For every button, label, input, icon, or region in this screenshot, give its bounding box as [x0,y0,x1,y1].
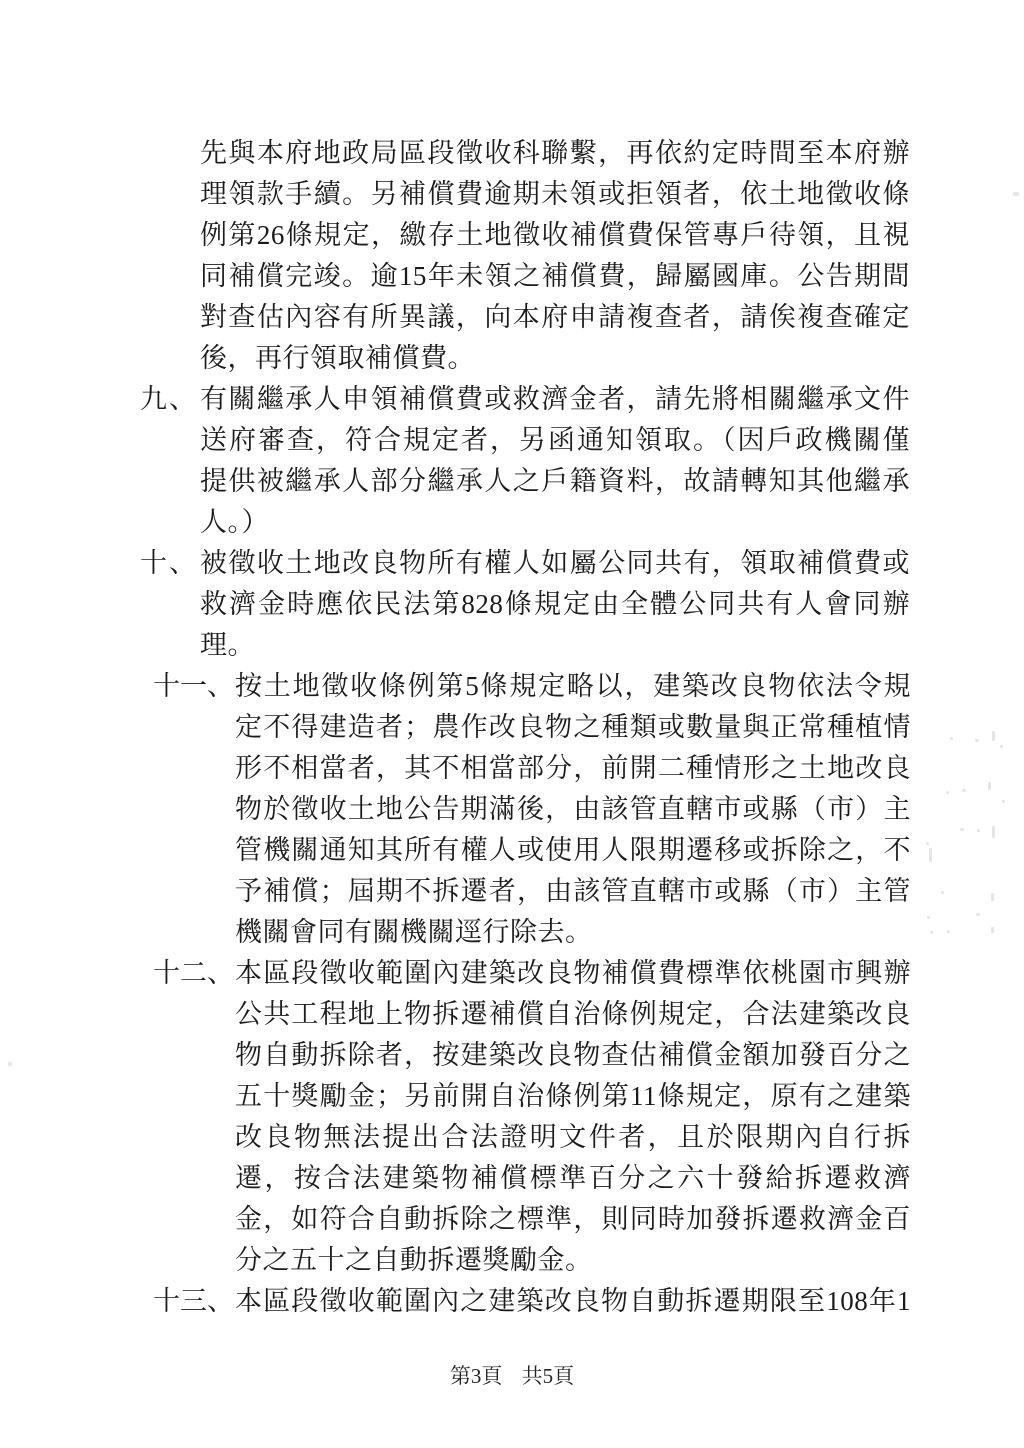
scan-artifact [929,848,932,862]
scan-artifact [992,731,995,741]
text-line: 人。） [200,502,910,543]
text-line: 遷，按合法建築物補償標準百分之六十發給拆遷救濟 [235,1158,911,1199]
text-line: 被徵收土地改良物所有權人如屬公同共有，領取補償費或 [200,543,910,584]
scan-artifact [941,891,944,894]
scan-artifact [926,842,929,845]
scan-artifact [947,930,950,933]
text-line: 提供被繼承人部分繼承人之戶籍資料，故請轉知其他繼承 [200,461,910,502]
page-number: 第3頁 [450,1364,503,1388]
text-line: 物於徵收土地公告期滿後，由該管直轄市或縣（市）主 [235,789,911,830]
item-label: 十二、 [153,953,233,994]
scan-artifact [991,927,994,933]
scan-artifact [976,913,980,916]
text-line: 按土地徵收條例第5條規定略以，建築改良物依法令規 [235,666,911,707]
scan-artifact [8,1062,12,1066]
item-label: 十三、 [153,1281,233,1322]
text-line: 管機關通知其所有權人或使用人限期遷移或拆除之，不 [235,830,911,871]
scanned-document-page: 先與本府地政局區段徵收科聯繫，再依約定時間至本府辦理領款手續。另補償費逾期未領或… [0,0,1024,1448]
scan-artifact [960,828,964,831]
scan-artifact [930,931,933,934]
text-line: 理。 [200,625,910,666]
scan-artifact [975,739,979,742]
item-label: 九、 [140,379,196,420]
text-line: 送府審查，符合規定者，另函通知領取。（因戶政機關僅 [200,420,910,461]
text-line: 金，如符合自動拆除之標準，則同時加發拆遷救濟金百 [235,1199,911,1240]
scan-artifact [988,782,991,790]
text-line: 救濟金時應依民法第828條規定由全體公同共有人會同辦 [200,584,910,625]
text-line: 有關繼承人申領補償費或救濟金者，請先將相關繼承文件 [200,379,910,420]
text-line: 對查估內容有所異議，向本府申請複查者，請俟複查確定 [200,297,910,338]
scan-artifact [977,829,980,832]
text-line: 物自動拆除者，按建築改良物查估補償金額加發百分之 [235,1035,911,1076]
text-line: 先與本府地政局區段徵收科聯繫，再依約定時間至本府辦 [200,133,910,174]
text-line: 機關會同有關機關逕行除去。 [235,912,911,953]
page-footer: 第3頁 共5頁 [0,1360,1024,1390]
text-line: 予補償；屆期不拆遷者，由該管直轄市或縣（市）主管 [235,871,911,912]
text-line: 理領款手續。另補償費逾期未領或拒領者，依土地徵收條 [200,174,910,215]
scan-artifact [950,737,953,740]
page-total: 共5頁 [522,1364,575,1388]
scan-artifact [962,789,966,792]
text-line: 本區段徵收範圍內之建築改良物自動拆遷期限至108年1 [235,1281,911,1322]
item-label: 十一、 [153,666,233,707]
text-line: 分之五十之自動拆遷獎勵金。 [235,1240,911,1281]
scan-artifact [992,826,995,838]
text-line: 形不相當者，其不相當部分，前開二種情形之土地改良 [235,748,911,789]
scan-artifact [946,791,949,794]
text-line: 同補償完竣。逾15年未領之補償費，歸屬國庫。公告期間 [200,256,910,297]
text-line: 定不得建造者；農作改良物之種類或數量與正常種植情 [235,707,911,748]
scan-artifact [1013,192,1019,196]
scan-artifact [927,916,930,919]
text-line: 本區段徵收範圍內建築改良物補償費標準依桃園市興辦 [235,953,911,994]
scan-artifact [1002,800,1005,803]
text-line: 後，再行領取補償費。 [200,338,910,379]
item-label: 十、 [140,543,196,584]
text-line: 公共工程地上物拆遷補償自治條例規定，合法建築改良 [235,994,911,1035]
text-line: 改良物無法提出合法證明文件者，且於限期內自行拆 [235,1117,911,1158]
scan-artifact [1000,745,1003,748]
text-line: 例第26條規定，繳存土地徵收補償費保管專戶待領，且視 [200,215,910,256]
text-line: 五十獎勵金；另前開自治條例第11條規定，原有之建築 [235,1076,911,1117]
scan-artifact [991,893,994,901]
